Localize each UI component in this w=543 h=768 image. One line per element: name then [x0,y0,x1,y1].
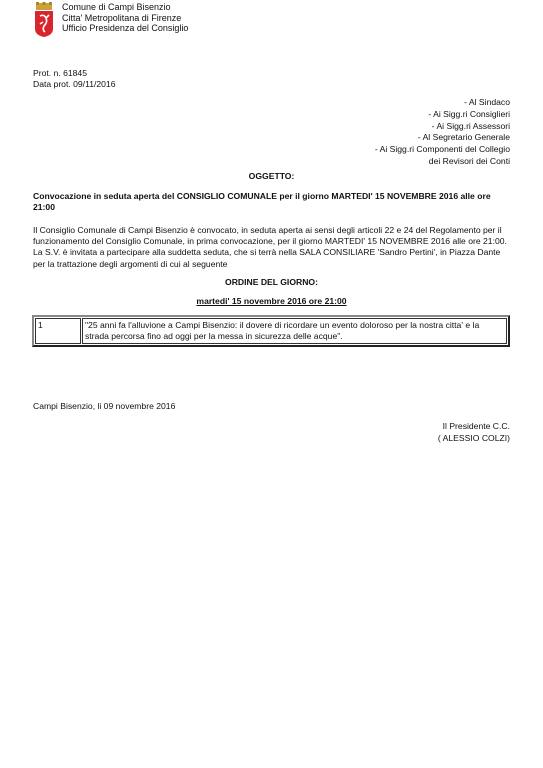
recipient: dei Revisori dei Conti [375,156,510,168]
place-date: Campi Bisenzio, li 09 novembre 2016 [33,401,175,411]
recipient: - Al Segretario Generale [375,132,510,144]
coat-of-arms-icon [33,2,55,38]
signer-name: ( ALESSIO COLZI) [438,433,510,445]
agenda-item-number: 1 [35,318,81,344]
signature-block: Il Presidente C.C. ( ALESSIO COLZI) [438,421,510,444]
subject-label: OGGETTO: [33,171,510,181]
protocol-block: Prot. n. 61845 Data prot. 09/11/2016 [33,68,116,89]
recipient: - Ai Sigg.ri Componenti del Collegio [375,144,510,156]
recipients-list: - Al Sindaco - Ai Sigg.ri Consiglieri - … [375,97,510,168]
recipient: - Ai Sigg.ri Assessori [375,121,510,133]
protocol-date: Data prot. 09/11/2016 [33,79,116,90]
body-paragraph: Il Consiglio Comunale di Campi Bisenzio … [33,225,513,270]
office-name: Ufficio Presidenza del Consiglio [62,23,188,34]
subject-text: Convocazione in seduta aperta del CONSIG… [33,191,510,213]
municipality-name: Comune di Campi Bisenzio [62,2,188,13]
agenda-label: ORDINE DEL GIORNO: [33,277,510,287]
agenda-item-text: "25 anni fa l'alluvione a Campi Bisenzio… [82,318,507,344]
recipient: - Al Sindaco [375,97,510,109]
protocol-number: Prot. n. 61845 [33,68,116,79]
agenda-table: 1 "25 anni fa l'alluvione a Campi Bisenz… [32,315,510,347]
agenda-date: martedi' 15 novembre 2016 ore 21:00 [33,296,510,306]
metropolitan-city: Citta' Metropolitana di Firenze [62,13,188,24]
recipient: - Ai Sigg.ri Consiglieri [375,109,510,121]
table-row: 1 "25 anni fa l'alluvione a Campi Bisenz… [35,318,507,344]
signer-title: Il Presidente C.C. [438,421,510,433]
issuer-header: Comune di Campi Bisenzio Citta' Metropol… [62,2,188,34]
